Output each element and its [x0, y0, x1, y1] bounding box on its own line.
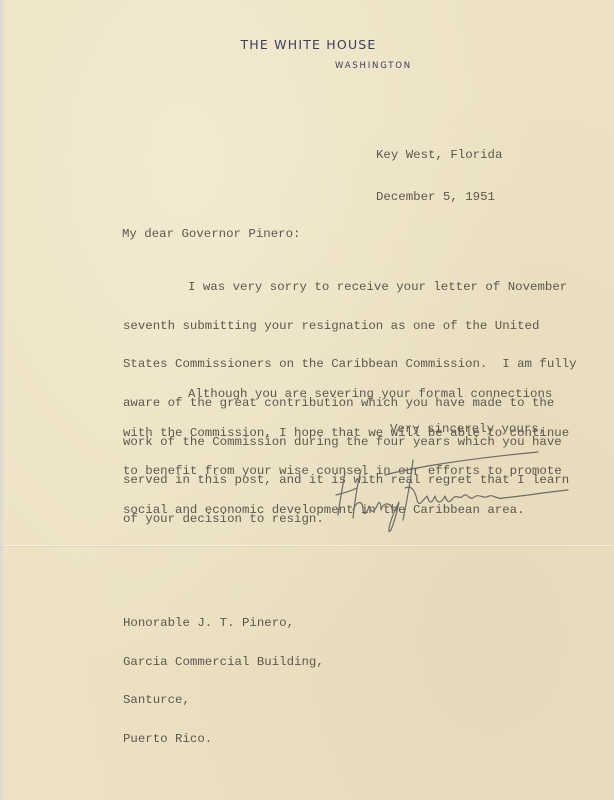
recipient-line: Santurce, — [123, 694, 324, 707]
signature-harry-truman — [333, 440, 573, 535]
letterhead-title: THE WHITE HOUSE — [3, 37, 614, 52]
body-line: I was very sorry to receive your letter … — [123, 281, 577, 294]
recipient-line: Honorable J. T. Pinero, — [123, 617, 324, 630]
salutation: My dear Governor Pinero: — [122, 228, 300, 241]
letterhead-subtitle: WASHINGTON — [335, 61, 412, 71]
paper-fold-line — [3, 545, 614, 547]
recipient-address: Honorable J. T. Pinero, Garcia Commercia… — [123, 591, 324, 772]
body-line: Although you are severing your formal co… — [123, 388, 569, 401]
place-date-block: Key West, Florida December 5, 1951 — [376, 120, 502, 232]
recipient-line: Puerto Rico. — [123, 733, 324, 746]
recipient-line: Garcia Commercial Building, — [123, 656, 324, 669]
letter-page: THE WHITE HOUSE WASHINGTON Key West, Flo… — [3, 0, 614, 800]
date: December 5, 1951 — [376, 190, 502, 204]
body-line: seventh submitting your resignation as o… — [123, 320, 577, 333]
closing: Very sincerely yours, — [390, 423, 546, 436]
place: Key West, Florida — [376, 148, 502, 162]
